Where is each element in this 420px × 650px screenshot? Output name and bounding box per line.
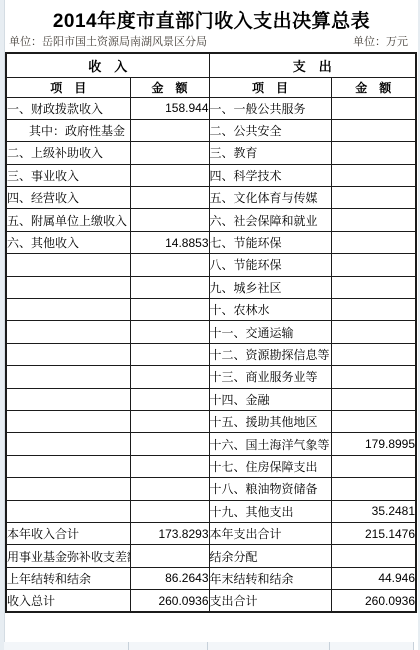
expense-item-cell: 十、农林水 [209,299,331,321]
expense-item-cell: 十三、商业服务业等 [209,366,331,388]
income-amount-cell: 260.0936 [130,590,209,612]
table-row: 二、上级补助收入 三、教育 [6,142,416,164]
income-item-cell [6,500,130,522]
income-item-cell: 其中：政府性基金 [6,119,130,141]
table-row: 八、节能环保 [6,254,416,276]
income-amount-cell [130,254,209,276]
income-amount-cell [130,343,209,365]
expense-amount-cell: 179.8995 [331,433,416,455]
expense-amount-cell [331,478,416,500]
unit-line: 单位：岳阳市国土资源局南湖风景区分局 单位：万元 [5,30,418,52]
expense-item-cell: 十二、资源勘探信息等 [209,343,331,365]
income-amount-cell [130,321,209,343]
expense-item-cell: 十七、住房保障支出 [209,455,331,477]
expense-item-cell: 结余分配 [209,545,331,567]
expense-item-cell: 三、教育 [209,142,331,164]
expense-item-cell: 十一、交通运输 [209,321,331,343]
income-item-cell: 四、经营收入 [6,187,130,209]
expense-amount-cell [331,97,416,119]
income-item-cell: 用事业基金弥补收支差额 [6,545,130,567]
page-title: 2014年度市直部门收入支出决算总表 [5,0,418,30]
expense-item-cell: 四、科学技术 [209,164,331,186]
expense-item-column-header: 项 目 [209,77,331,97]
income-amount-cell [130,276,209,298]
table-row: 十九、其他支出 35.2481 [6,500,416,522]
table-row: 三、事业收入 四、科学技术 [6,164,416,186]
expense-item-cell: 八、节能环保 [209,254,331,276]
expense-item-cell: 十八、粮油物资储备 [209,478,331,500]
income-item-cell [6,276,130,298]
income-item-cell [6,321,130,343]
unit-name-label: 单位：岳阳市国土资源局南湖风景区分局 [9,33,207,49]
expense-amount-cell: 215.1476 [331,522,416,544]
income-item-cell: 六、其他收入 [6,231,130,253]
income-amount-cell [130,164,209,186]
income-item-cell: 收入总计 [6,590,130,612]
unit-currency-label: 单位：万元 [353,33,408,49]
table-row: 本年收入合计 173.8293 本年支出合计 215.1476 [6,522,416,544]
income-amount-cell [130,478,209,500]
income-item-cell: 一、财政拨款收入 [6,97,130,119]
income-item-cell [6,366,130,388]
income-amount-cell: 158.944 [130,97,209,119]
expense-amount-cell [331,388,416,410]
expense-amount-cell [331,119,416,141]
income-section-header: 收 入 [6,53,209,77]
expense-amount-cell [331,276,416,298]
table-row: 其中：政府性基金 二、公共安全 [6,119,416,141]
document-page: 2014年度市直部门收入支出决算总表 单位：岳阳市国土资源局南湖风景区分局 单位… [0,0,420,650]
expenditure-section-header: 支 出 [209,53,416,77]
expense-item-cell: 十六、国土海洋气象等 [209,433,331,455]
income-item-cell [6,410,130,432]
income-amount-cell [130,410,209,432]
income-amount-cell: 14.8853 [130,231,209,253]
table-row: 用事业基金弥补收支差额 结余分配 [6,545,416,567]
expense-amount-column-header: 金 额 [331,77,416,97]
expense-item-cell: 十五、援助其他地区 [209,410,331,432]
income-item-cell [6,299,130,321]
income-item-cell [6,433,130,455]
expense-amount-cell [331,299,416,321]
table-row: 一、财政拨款收入 158.944 一、一般公共服务 [6,97,416,119]
income-item-cell [6,455,130,477]
income-amount-cell: 86.2643 [130,567,209,589]
budget-table: 收 入 支 出 项 目 金 额 项 目 金 额 一、财政拨款收入 158.944… [5,52,417,613]
income-amount-cell [130,455,209,477]
table-row: 六、其他收入 14.8853 七、节能环保 [6,231,416,253]
expense-item-cell: 七、节能环保 [209,231,331,253]
expense-amount-cell: 260.0936 [331,590,416,612]
table-row: 四、经营收入 五、文化体育与传媒 [6,187,416,209]
expense-amount-cell [331,254,416,276]
expense-item-cell: 一、一般公共服务 [209,97,331,119]
expense-amount-cell [331,455,416,477]
expense-amount-cell: 35.2481 [331,500,416,522]
expense-item-cell: 十九、其他支出 [209,500,331,522]
expense-amount-cell [331,231,416,253]
expense-amount-cell [331,321,416,343]
expense-amount-cell [331,164,416,186]
income-item-cell: 三、事业收入 [6,164,130,186]
table-row: 十八、粮油物资储备 [6,478,416,500]
income-amount-cell [130,545,209,567]
table-row: 九、城乡社区 [6,276,416,298]
group-header-row: 收 入 支 出 [6,53,416,77]
income-amount-cell [130,187,209,209]
expense-item-cell: 二、公共安全 [209,119,331,141]
spreadsheet-sheet: 2014年度市直部门收入支出决算总表 单位：岳阳市国土资源局南湖风景区分局 单位… [4,0,418,650]
income-item-cell [6,343,130,365]
income-amount-cell: 173.8293 [130,522,209,544]
table-row: 十四、金融 [6,388,416,410]
expense-item-cell: 本年支出合计 [209,522,331,544]
expense-amount-cell [331,343,416,365]
income-item-cell [6,478,130,500]
income-item-cell: 五、附属单位上缴收入 [6,209,130,231]
income-amount-cell [130,366,209,388]
expense-item-cell: 九、城乡社区 [209,276,331,298]
table-row: 五、附属单位上缴收入 六、社会保障和就业 [6,209,416,231]
expense-amount-cell [331,187,416,209]
table-row: 十二、资源勘探信息等 [6,343,416,365]
table-row: 收入总计 260.0936 支出合计 260.0936 [6,590,416,612]
table-row: 十六、国土海洋气象等 179.8995 [6,433,416,455]
expense-item-cell: 五、文化体育与传媒 [209,187,331,209]
income-item-cell: 本年收入合计 [6,522,130,544]
table-row: 十、农林水 [6,299,416,321]
income-amount-cell [130,500,209,522]
expense-amount-cell [331,209,416,231]
expense-amount-cell [331,366,416,388]
table-row: 十三、商业服务业等 [6,366,416,388]
income-amount-cell [130,299,209,321]
table-row: 十五、援助其他地区 [6,410,416,432]
expense-amount-cell [331,545,416,567]
income-item-cell: 上年结转和结余 [6,567,130,589]
income-amount-cell [130,142,209,164]
expense-item-cell: 支出合计 [209,590,331,612]
expense-item-cell: 十四、金融 [209,388,331,410]
income-item-cell [6,254,130,276]
expense-amount-cell [331,142,416,164]
income-amount-column-header: 金 额 [130,77,209,97]
expense-item-cell: 年末结转和结余 [209,567,331,589]
income-amount-cell [130,433,209,455]
column-header-row: 项 目 金 额 项 目 金 额 [6,77,416,97]
income-amount-cell [130,209,209,231]
income-amount-cell [130,119,209,141]
income-item-cell: 二、上级补助收入 [6,142,130,164]
income-item-column-header: 项 目 [6,77,130,97]
excel-gridlines [4,642,414,650]
income-amount-cell [130,388,209,410]
expense-item-cell: 六、社会保障和就业 [209,209,331,231]
table-row: 十一、交通运输 [6,321,416,343]
table-row: 十七、住房保障支出 [6,455,416,477]
income-item-cell [6,388,130,410]
table-body: 一、财政拨款收入 158.944 一、一般公共服务 其中：政府性基金 二、公共安… [6,97,416,612]
expense-amount-cell: 44.946 [331,567,416,589]
table-row: 上年结转和结余 86.2643 年末结转和结余 44.946 [6,567,416,589]
expense-amount-cell [331,410,416,432]
